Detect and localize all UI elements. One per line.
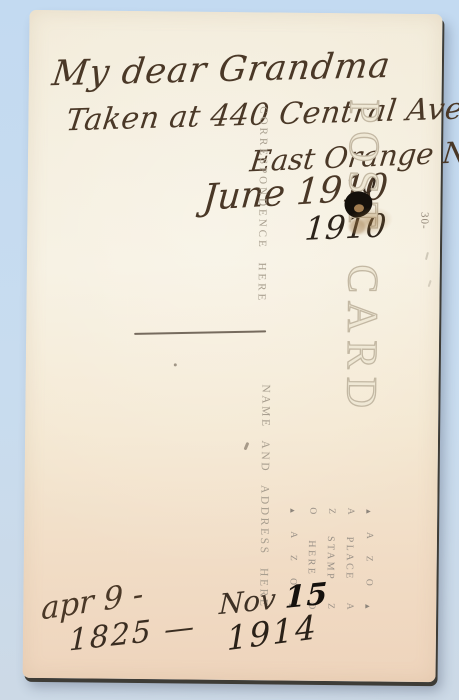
azo-triangle-icon: ▲ bbox=[359, 504, 378, 518]
stamp-box-row-place: A PLACE A bbox=[339, 504, 359, 613]
azo-triangle-icon: ▲ bbox=[358, 599, 377, 613]
pencil-note-text: 30- bbox=[417, 212, 431, 238]
stamp-box-top-border: ▲ A Z O ▲ bbox=[358, 504, 378, 613]
correspondence-label-text: CORRESPONDENCE HERE bbox=[252, 106, 271, 306]
stamp-border-letter: A bbox=[339, 599, 358, 613]
scan-background: My dear Grandma Taken at 440 Central Ave… bbox=[0, 0, 459, 700]
ink-speck bbox=[174, 363, 177, 366]
divider-line bbox=[134, 330, 266, 335]
postcard-title: POST CARD bbox=[337, 99, 386, 425]
correspondence-label: CORRESPONDENCE HERE bbox=[252, 106, 271, 306]
pencil-mark bbox=[428, 280, 432, 287]
stamp-place-label: PLACE bbox=[339, 518, 359, 599]
handwriting-greeting: My dear Grandma bbox=[50, 46, 393, 94]
postcard-back: My dear Grandma Taken at 440 Central Ave… bbox=[23, 10, 443, 682]
pencil-note: 30- bbox=[417, 212, 431, 238]
postcard-title-text: POST CARD bbox=[337, 99, 386, 425]
azo-triangle-icon: ▲ bbox=[283, 504, 302, 518]
stamp-border-letter: A bbox=[340, 504, 359, 518]
stamp-border-letters: A Z O bbox=[358, 518, 378, 599]
pencil-mark bbox=[425, 252, 429, 260]
stamp-border-letter: Z bbox=[321, 504, 340, 518]
ink-drip bbox=[349, 219, 365, 234]
pen-mark bbox=[244, 442, 250, 451]
stamp-border-letter: O bbox=[302, 504, 321, 518]
